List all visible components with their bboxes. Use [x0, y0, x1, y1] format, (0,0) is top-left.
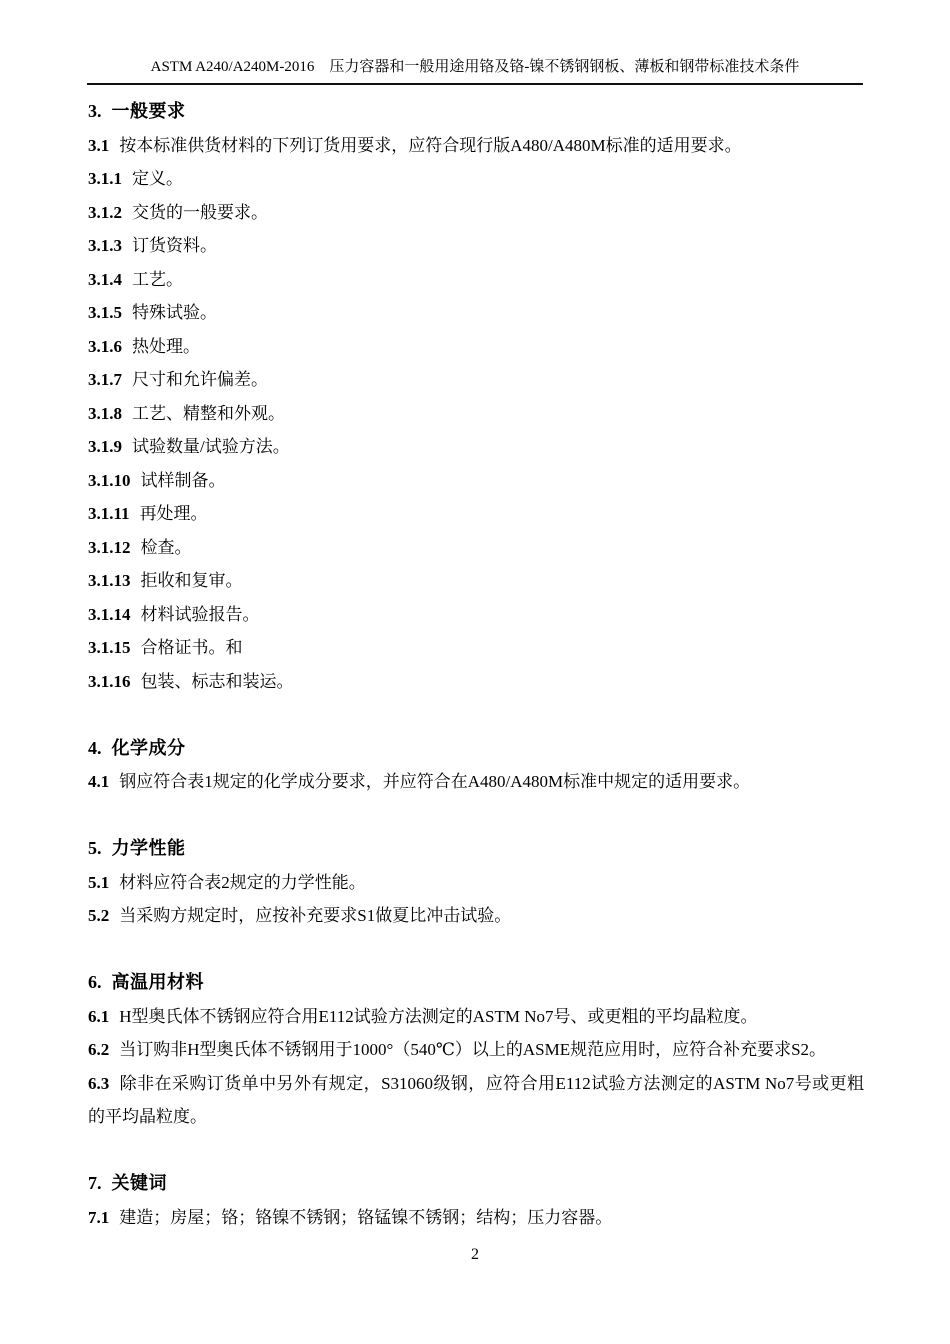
section: 5.力学性能 5.1材料应符合表2规定的力学性能。 5.2当采购方规定时，应按补… [88, 832, 864, 933]
paragraph-text: 合格证书。和 [141, 638, 243, 657]
document-body: 3.一般要求 3.1按本标准供货材料的下列订货用要求，应符合现行版A480/A4… [88, 95, 864, 1234]
paragraph-number: 3.1.4 [88, 270, 122, 289]
section-heading: 6.高温用材料 [88, 966, 864, 1000]
paragraph: 3.1.4工艺。 [88, 263, 864, 297]
section: 4.化学成分 4.1钢应符合表1规定的化学成分要求，并应符合在A480/A480… [88, 732, 864, 799]
paragraph-text: 交货的一般要求。 [132, 203, 268, 222]
paragraph: 3.1.11再处理。 [88, 497, 864, 531]
paragraph-number: 3.1.8 [88, 404, 122, 423]
section-paragraphs: 4.1钢应符合表1规定的化学成分要求，并应符合在A480/A480M标准中规定的… [88, 765, 864, 799]
paragraph: 3.1.7尺寸和允许偏差。 [88, 363, 864, 397]
paragraph-text: 试验数量/试验方法。 [132, 437, 290, 456]
paragraph-number: 6.2 [88, 1040, 109, 1059]
paragraph: 6.1H型奥氏体不锈钢应符合用E112试验方法测定的ASTM No7号、或更粗的… [88, 1000, 864, 1034]
paragraph-number: 3.1.6 [88, 337, 122, 356]
paragraph: 3.1.15合格证书。和 [88, 631, 864, 665]
paragraph: 3.1.13拒收和复审。 [88, 564, 864, 598]
paragraph: 3.1.10试样制备。 [88, 464, 864, 498]
section-paragraphs: 6.1H型奥氏体不锈钢应符合用E112试验方法测定的ASTM No7号、或更粗的… [88, 1000, 864, 1134]
paragraph-text: 定义。 [132, 169, 183, 188]
paragraph-text: 材料试验报告。 [141, 605, 260, 624]
paragraph-number: 6.1 [88, 1007, 109, 1026]
page-number: 2 [0, 1242, 950, 1268]
paragraph-text: 检查。 [141, 538, 192, 557]
section: 7.关键词 7.1建造；房屋；铬；铬镍不锈钢；铬锰镍不锈钢；结构；压力容器。 [88, 1167, 864, 1234]
section-number: 5. [88, 838, 102, 858]
paragraph-number: 3.1.3 [88, 236, 122, 255]
paragraph-text: H型奥氏体不锈钢应符合用E112试验方法测定的ASTM No7号、或更粗的平均晶… [119, 1007, 757, 1026]
section-number: 7. [88, 1173, 102, 1193]
paragraph-text: 工艺、精整和外观。 [132, 404, 285, 423]
section-heading: 4.化学成分 [88, 732, 864, 766]
paragraph: 3.1.1定义。 [88, 162, 864, 196]
section-heading: 7.关键词 [88, 1167, 864, 1201]
section-title: 化学成分 [112, 738, 186, 758]
section-paragraphs: 7.1建造；房屋；铬；铬镍不锈钢；铬锰镍不锈钢；结构；压力容器。 [88, 1201, 864, 1235]
section-paragraphs: 3.1按本标准供货材料的下列订货用要求，应符合现行版A480/A480M标准的适… [88, 129, 864, 699]
paragraph: 3.1.16包装、标志和装运。 [88, 665, 864, 699]
paragraph: 3.1.9试验数量/试验方法。 [88, 430, 864, 464]
section-paragraphs: 5.1材料应符合表2规定的力学性能。 5.2当采购方规定时，应按补充要求S1做夏… [88, 866, 864, 933]
paragraph-text: 工艺。 [132, 270, 183, 289]
paragraph-text: 当采购方规定时，应按补充要求S1做夏比冲击试验。 [119, 906, 511, 925]
paragraph-number: 6.3 [88, 1074, 109, 1093]
paragraph-number: 3.1.15 [88, 638, 131, 657]
paragraph: 3.1.14材料试验报告。 [88, 598, 864, 632]
paragraph: 3.1按本标准供货材料的下列订货用要求，应符合现行版A480/A480M标准的适… [88, 129, 864, 163]
paragraph-number: 7.1 [88, 1208, 109, 1227]
paragraph-number: 3.1.10 [88, 471, 131, 490]
paragraph: 3.1.12检查。 [88, 531, 864, 565]
paragraph: 6.2当订购非H型奥氏体不锈钢用于1000°（540℃）以上的ASME规范应用时… [88, 1033, 864, 1067]
paragraph-text: 拒收和复审。 [141, 571, 243, 590]
paragraph-text: 试样制备。 [141, 471, 226, 490]
paragraph-number: 3.1.12 [88, 538, 131, 557]
paragraph-number: 5.2 [88, 906, 109, 925]
paragraph: 3.1.8工艺、精整和外观。 [88, 397, 864, 431]
paragraph-number: 3.1.16 [88, 672, 131, 691]
section: 6.高温用材料 6.1H型奥氏体不锈钢应符合用E112试验方法测定的ASTM N… [88, 966, 864, 1134]
paragraph-text: 热处理。 [132, 337, 200, 356]
paragraph: 3.1.2交货的一般要求。 [88, 196, 864, 230]
paragraph: 3.1.5特殊试验。 [88, 296, 864, 330]
section-heading: 3.一般要求 [88, 95, 864, 129]
paragraph-number: 3.1.1 [88, 169, 122, 188]
section-title: 一般要求 [112, 101, 186, 121]
paragraph-number: 3.1.11 [88, 504, 130, 523]
paragraph-text: 包装、标志和装运。 [141, 672, 294, 691]
paragraph-number: 4.1 [88, 772, 109, 791]
paragraph-text: 除非在采购订货单中另外有规定，S31060级钢，应符合用E112试验方法测定的A… [88, 1074, 864, 1127]
section-title: 力学性能 [112, 838, 186, 858]
section-number: 3. [88, 101, 102, 121]
paragraph-number: 3.1.7 [88, 370, 122, 389]
section-title: 高温用材料 [112, 972, 205, 992]
paragraph-text: 订货资料。 [132, 236, 217, 255]
section: 3.一般要求 3.1按本标准供货材料的下列订货用要求，应符合现行版A480/A4… [88, 95, 864, 698]
section-title: 关键词 [112, 1173, 168, 1193]
paragraph-number: 5.1 [88, 873, 109, 892]
paragraph-text: 当订购非H型奥氏体不锈钢用于1000°（540℃）以上的ASME规范应用时，应符… [119, 1040, 826, 1059]
paragraph-text: 特殊试验。 [132, 303, 217, 322]
paragraph-number: 3.1.13 [88, 571, 131, 590]
paragraph: 4.1钢应符合表1规定的化学成分要求，并应符合在A480/A480M标准中规定的… [88, 765, 864, 799]
paragraph-text: 材料应符合表2规定的力学性能。 [119, 873, 366, 892]
paragraph-number: 3.1 [88, 136, 109, 155]
page-header: ASTM A240/A240M-2016 压力容器和一般用途用铬及铬-镍不锈钢钢… [87, 56, 863, 85]
paragraph-text: 钢应符合表1规定的化学成分要求，并应符合在A480/A480M标准中规定的适用要… [119, 772, 750, 791]
paragraph-number: 3.1.2 [88, 203, 122, 222]
paragraph-number: 3.1.14 [88, 605, 131, 624]
section-heading: 5.力学性能 [88, 832, 864, 866]
paragraph: 6.3除非在采购订货单中另外有规定，S31060级钢，应符合用E112试验方法测… [88, 1067, 864, 1134]
paragraph-number: 3.1.9 [88, 437, 122, 456]
paragraph: 7.1建造；房屋；铬；铬镍不锈钢；铬锰镍不锈钢；结构；压力容器。 [88, 1201, 864, 1235]
paragraph-text: 再处理。 [140, 504, 208, 523]
paragraph: 5.2当采购方规定时，应按补充要求S1做夏比冲击试验。 [88, 899, 864, 933]
paragraph-text: 按本标准供货材料的下列订货用要求，应符合现行版A480/A480M标准的适用要求… [119, 136, 741, 155]
paragraph: 5.1材料应符合表2规定的力学性能。 [88, 866, 864, 900]
section-number: 4. [88, 738, 102, 758]
paragraph: 3.1.3订货资料。 [88, 229, 864, 263]
paragraph: 3.1.6热处理。 [88, 330, 864, 364]
paragraph-text: 尺寸和允许偏差。 [132, 370, 268, 389]
paragraph-number: 3.1.5 [88, 303, 122, 322]
paragraph-text: 建造；房屋；铬；铬镍不锈钢；铬锰镍不锈钢；结构；压力容器。 [119, 1208, 612, 1227]
section-number: 6. [88, 972, 102, 992]
document-page: ASTM A240/A240M-2016 压力容器和一般用途用铬及铬-镍不锈钢钢… [0, 0, 950, 1344]
